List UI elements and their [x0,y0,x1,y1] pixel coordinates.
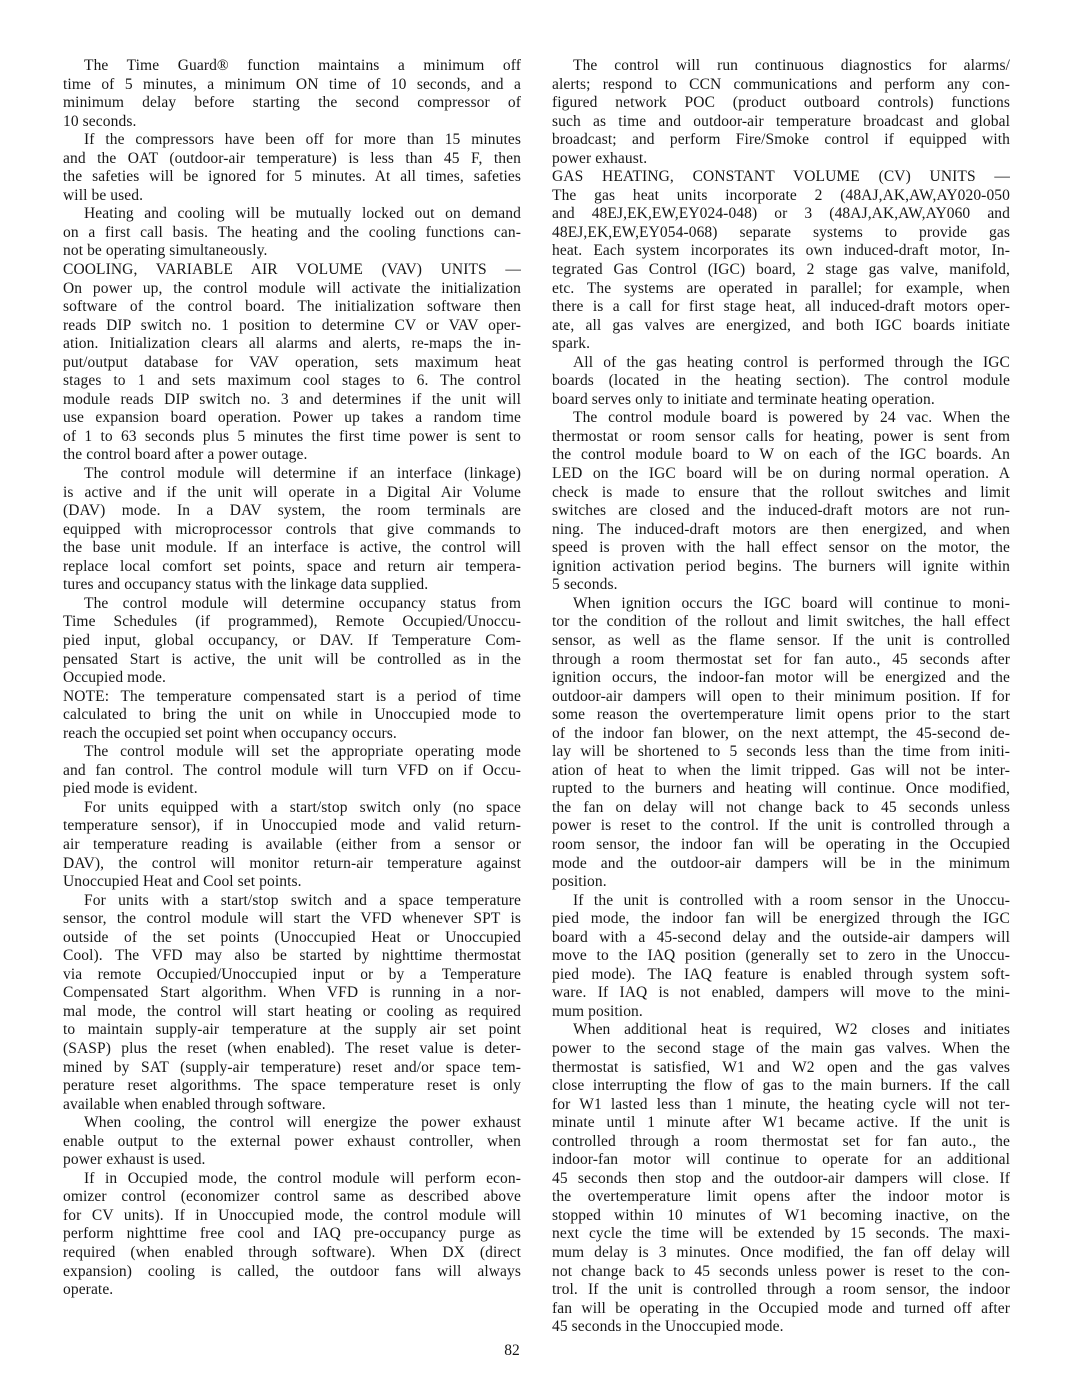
text-line: the safeties will be ignored for 5 minut… [63,168,521,187]
text-line: The Time Guard® function maintains a min… [63,57,521,76]
start-stop-switch-only-paragraph: For units equipped with a start/stop swi… [63,799,521,892]
time-guard-paragraph: The Time Guard® function maintains a min… [63,57,521,131]
text-line: pied mode). The IAQ feature is enabled t… [552,966,1010,985]
text-line: If the compressors have been off for mor… [63,131,521,150]
text-line: mined by SAT (supply-air temperature) re… [63,1059,521,1078]
text-line: to maintain supply-air temperature at th… [63,1021,521,1040]
text-line: software of the control board. The initi… [63,298,521,317]
text-line: spark. [552,335,1010,354]
text-line: Occupied mode. [63,669,521,688]
text-line: the overtemperature limit opens after th… [552,1188,1010,1207]
text-line: pied mode, the indoor fan will be energi… [552,910,1010,929]
text-line: boards (located in the heating section).… [552,372,1010,391]
text-line: and the OAT (outdoor-air temperature) is… [63,150,521,169]
text-line: some reason the overtemperature limit op… [552,706,1010,725]
text-line: power exhaust is used. [63,1151,521,1170]
text-line: and 48EJ,EK,EW,EY024-048) or 3 (48AJ,AK,… [552,205,1010,224]
text-line: reads DIP switch no. 1 position to deter… [63,317,521,336]
text-line: move to the IAQ position (generally set … [552,947,1010,966]
text-line: (DAV) mode. In a DAV system, the room te… [63,502,521,521]
text-line: controlled through a room thermostat set… [552,1133,1010,1152]
text-line: minate until 1 minute after W1 became ac… [552,1114,1010,1133]
text-line: replace local comfort set points, space … [63,558,521,577]
interface-linkage-paragraph: The control module will determine if an … [63,465,521,595]
power-exhaust-paragraph: When cooling, the control will energize … [63,1114,521,1170]
text-line: The control module board is powered by 2… [552,409,1010,428]
text-line: not be operating simultaneously. [63,242,521,261]
text-line: ning. The induced-draft motors are then … [552,521,1010,540]
text-line: Compensated Start algorithm. When VFD is… [63,984,521,1003]
cooling-vav-units-section: COOLING, VARIABLE AIR VOLUME (VAV) UNITS… [63,261,521,465]
text-column-right: The control will run continuous diagnost… [552,57,1010,1337]
text-line: ignition activation period begins. The b… [552,558,1010,577]
gas-heating-cv-units-section: GAS HEATING, CONSTANT VOLUME (CV) UNITS … [552,168,1010,353]
text-line: operate. [63,1281,521,1300]
text-line: perature reset algorithms. The space tem… [63,1077,521,1096]
text-line: put/output database for VAV operation, s… [63,354,521,373]
text-line: GAS HEATING, CONSTANT VOLUME (CV) UNITS … [552,168,1010,187]
text-line: reach the occupied set point when occupa… [63,725,521,744]
text-line: stages to 1 and sets maximum cool stages… [63,372,521,391]
text-line: etc. The systems are operated in paralle… [552,280,1010,299]
igc-boards-paragraph: All of the gas heating control is perfor… [552,354,1010,410]
text-line: Cool). The VFD may also be started by ni… [63,947,521,966]
text-line: time of 5 minutes, a minimum ON time of … [63,76,521,95]
text-line: position. [552,873,1010,892]
operating-mode-paragraph: The control module will set the appropri… [63,743,521,799]
text-line: there is a call for first stage heat, al… [552,298,1010,317]
temp-compensated-start-note: NOTE: The temperature compensated start … [63,688,521,744]
control-module-power-paragraph: The control module board is powered by 2… [552,409,1010,594]
text-line: Unoccupied Heat and Cool set points. [63,873,521,892]
occupancy-status-paragraph: The control module will determine occupa… [63,595,521,688]
text-line: perform nighttime free cool and IAQ pre-… [63,1225,521,1244]
text-line: tegrated Gas Control (IGC) board, 2 stag… [552,261,1010,280]
compressor-safeties-paragraph: If the compressors have been off for mor… [63,131,521,205]
text-line: alerts; respond to CCN communications an… [552,76,1010,95]
text-line: the control module board to W on each of… [552,446,1010,465]
text-line: omizer control (economizer control same … [63,1188,521,1207]
text-line: (SASP) plus the reset (when enabled). Th… [63,1040,521,1059]
text-line: trol. If the unit is controlled through … [552,1281,1010,1300]
text-line: ation of heat to when the limit tripped.… [552,762,1010,781]
text-line: equipped with microprocessor controls th… [63,521,521,540]
text-line: the fan on delay will not change back to… [552,799,1010,818]
text-line: ation. Initialization clears all alarms … [63,335,521,354]
text-line: through a room thermostat set for fan au… [552,651,1010,670]
document-page: The Time Guard® function maintains a min… [0,0,1080,1397]
text-line: 45 seconds then stop and the outdoor-air… [552,1170,1010,1189]
page-number: 82 [0,1341,1024,1360]
text-line: When ignition occurs the IGC board will … [552,595,1010,614]
text-line: ate, all gas valves are energized, and b… [552,317,1010,336]
text-line: close interrupting the flow of gas to th… [552,1077,1010,1096]
text-line: power to the second stage of the main ga… [552,1040,1010,1059]
text-line: For units with a start/stop switch and a… [63,892,521,911]
text-line: the base unit module. If an interface is… [63,539,521,558]
text-line: COOLING, VARIABLE AIR VOLUME (VAV) UNITS… [63,261,521,280]
text-line: check is made to ensure that the rollout… [552,484,1010,503]
text-line: on a first call basis. The heating and t… [63,224,521,243]
text-line: Heating and cooling will be mutually loc… [63,205,521,224]
text-line: broadcast; and perform Fire/Smoke contro… [552,131,1010,150]
occupied-economizer-paragraph: If in Occupied mode, the control module … [63,1170,521,1300]
text-line: LED on the IGC board will be on during n… [552,465,1010,484]
text-line: tures and occupancy status with the link… [63,576,521,595]
text-line: When additional heat is required, W2 clo… [552,1021,1010,1040]
text-line: pied input, global occupancy, or DAV. If… [63,632,521,651]
text-line: mal mode, the control will start heating… [63,1003,521,1022]
text-line: fan will be operating in the Occupied mo… [552,1300,1010,1319]
text-line: For units equipped with a start/stop swi… [63,799,521,818]
text-column-left: The Time Guard® function maintains a min… [63,57,521,1337]
text-line: ignition occurs, the indoor-fan motor wi… [552,669,1010,688]
text-line: sensor, as well as the flame sensor. If … [552,632,1010,651]
text-line: 48EJ,EK,EW,EY054-068) separate systems t… [552,224,1010,243]
text-line: use expansion board operation. Power up … [63,409,521,428]
text-line: sensor, the control module will start th… [63,910,521,929]
text-line: figured network POC (product outboard co… [552,94,1010,113]
text-line: rupted to the burners and heating will c… [552,780,1010,799]
text-line: The control module will set the appropri… [63,743,521,762]
text-line: The control module will determine if an … [63,465,521,484]
text-line: of 1 to 63 seconds plus 5 minutes the fi… [63,428,521,447]
continuous-diagnostics-paragraph: The control will run continuous diagnost… [552,57,1010,168]
text-line: If in Occupied mode, the control module … [63,1170,521,1189]
text-line: If the unit is controlled with a room se… [552,892,1010,911]
text-line: mum position. [552,1003,1010,1022]
text-line: module reads DIP switch no. 3 and determ… [63,391,521,410]
text-line: NOTE: The temperature compensated start … [63,688,521,707]
start-stop-with-spt-paragraph: For units with a start/stop switch and a… [63,892,521,1115]
text-line: for CV units). If in Unoccupied mode, th… [63,1207,521,1226]
text-line: calculated to bring the unit on while in… [63,706,521,725]
text-line: via remote Occupied/Unoccupied input or … [63,966,521,985]
text-line: 45 seconds in the Unoccupied mode. [552,1318,1010,1337]
text-line: lay will be shortened to 5 seconds less … [552,743,1010,762]
text-line: switches are closed and the induced-draf… [552,502,1010,521]
text-line: for W1 lasted less than 1 minute, the he… [552,1096,1010,1115]
text-line: expansion) cooling is called, the outdoo… [63,1263,521,1282]
text-line: power is reset to the control. If the un… [552,817,1010,836]
text-line: pied mode is evident. [63,780,521,799]
text-line: temperature sensor), if in Unoccupied mo… [63,817,521,836]
text-line: such as time and outdoor-air temperature… [552,113,1010,132]
ignition-monitoring-paragraph: When ignition occurs the IGC board will … [552,595,1010,892]
text-line: mode and the outdoor-air dampers will be… [552,855,1010,874]
text-line: tor the condition of the rollout and lim… [552,613,1010,632]
text-line: enable output to the external power exha… [63,1133,521,1152]
text-line: indoor-fan motor will continue to operat… [552,1151,1010,1170]
text-columns: The Time Guard® function maintains a min… [63,57,1010,1337]
text-line: and fan control. The control module will… [63,762,521,781]
text-line: outside of the set points (Unoccupied He… [63,929,521,948]
text-line: required (when enabled through software)… [63,1244,521,1263]
text-line: On power up, the control module will act… [63,280,521,299]
text-line: next cycle the time will be extended by … [552,1225,1010,1244]
text-line: outdoor-air dampers will open to their m… [552,688,1010,707]
text-line: room sensor, the indoor fan will be oper… [552,836,1010,855]
text-line: stopped within 10 minutes of W1 becoming… [552,1207,1010,1226]
text-line: is active and if the unit will operate i… [63,484,521,503]
text-line: All of the gas heating control is perfor… [552,354,1010,373]
heat-cool-lockout-paragraph: Heating and cooling will be mutually loc… [63,205,521,261]
text-line: The gas heat units incorporate 2 (48AJ,A… [552,187,1010,206]
text-line: board with a 45-second delay and the out… [552,929,1010,948]
text-line: 10 seconds. [63,113,521,132]
text-line: mum delay is 3 minutes. Once modified, t… [552,1244,1010,1263]
text-line: The control will run continuous diagnost… [552,57,1010,76]
text-line: of the indoor fan blower, on the next at… [552,725,1010,744]
text-line: minimum delay before starting the second… [63,94,521,113]
text-line: 5 seconds. [552,576,1010,595]
text-line: heat. Each system incorporates its own i… [552,242,1010,261]
text-line: pensated Start is active, the unit will … [63,651,521,670]
text-line: DAV), the control will monitor return-ai… [63,855,521,874]
text-line: power exhaust. [552,150,1010,169]
text-line: The control module will determine occupa… [63,595,521,614]
text-line: thermostat is satisfied, W1 and W2 open … [552,1059,1010,1078]
text-line: will be used. [63,187,521,206]
text-line: board serves only to initiate and termin… [552,391,1010,410]
text-line: Time Schedules (if programmed), Remote O… [63,613,521,632]
text-line: air temperature reading is available (ei… [63,836,521,855]
text-line: the control board after a power outage. [63,446,521,465]
text-line: When cooling, the control will energize … [63,1114,521,1133]
text-line: speed is proven with the hall effect sen… [552,539,1010,558]
text-line: ware. If IAQ is not enabled, dampers wil… [552,984,1010,1003]
text-line: not change back to 45 seconds unless pow… [552,1263,1010,1282]
text-line: available when enabled through software. [63,1096,521,1115]
text-line: thermostat or room sensor calls for heat… [552,428,1010,447]
room-sensor-unoccupied-paragraph: If the unit is controlled with a room se… [552,892,1010,1022]
additional-heat-w2-paragraph: When additional heat is required, W2 clo… [552,1021,1010,1336]
